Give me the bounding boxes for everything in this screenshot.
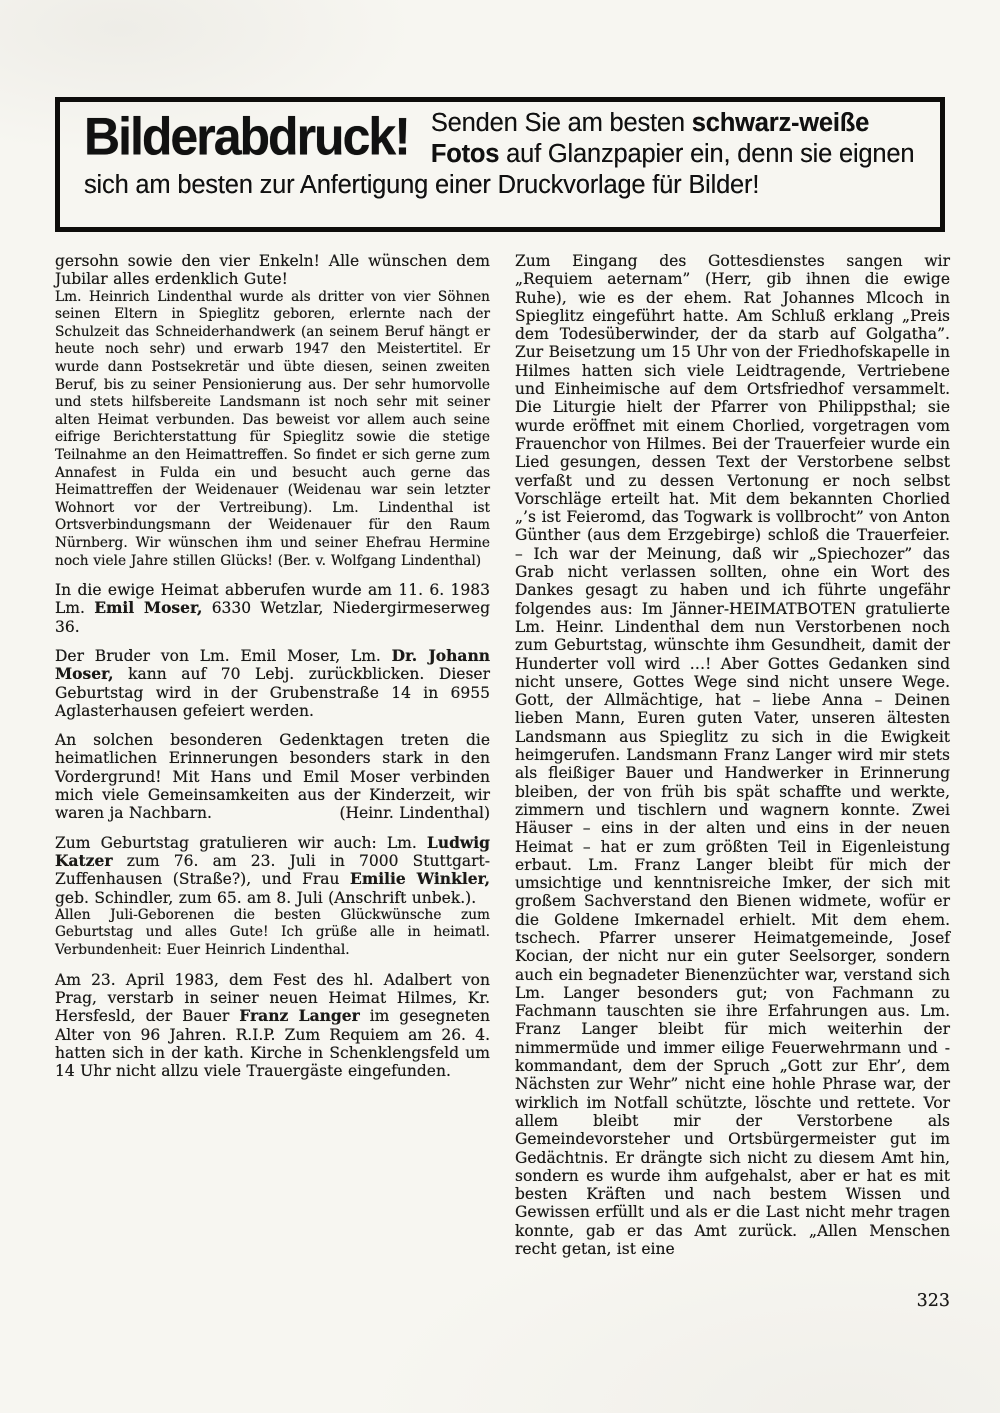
page-number: 323 bbox=[917, 1291, 950, 1311]
text-run: Lm. Heinrich Lindenthal wurde als dritte… bbox=[55, 289, 490, 569]
paragraph: Am 23. April 1983, dem Fest des hl. Adal… bbox=[55, 971, 490, 1081]
paragraph: Der Bruder von Lm. Emil Moser, Lm. Dr. J… bbox=[55, 647, 490, 720]
paragraph: An solchen besonderen Gedenktagen treten… bbox=[55, 731, 490, 822]
paragraph: Lm. Heinrich Lindenthal wurde als dritte… bbox=[55, 289, 490, 571]
photo-reprint-ad-box: Bilderabdruck! Senden Sie am besten schw… bbox=[55, 97, 945, 232]
text-run: geb. Schindler, zum 65. am 8. Juli (Ansc… bbox=[55, 889, 476, 907]
text-run: Zum Eingang des Gottesdienstes sangen wi… bbox=[515, 252, 950, 1258]
ad-title: Bilderabdruck! bbox=[84, 108, 409, 165]
text-run: Senden Sie am besten bbox=[431, 109, 692, 137]
paragraph: Zum Eingang des Gottesdienstes sangen wi… bbox=[515, 252, 950, 1258]
text-run: kann auf 70 Lebj. zurückblicken. Dieser … bbox=[55, 665, 490, 720]
bold-text-run: Emil Moser, bbox=[94, 598, 202, 617]
scanned-newsletter-page: { "page": { "number": "323", "background… bbox=[0, 0, 1000, 1413]
text-run: Allen Juli-Geborenen die besten Glückwün… bbox=[55, 907, 490, 958]
bold-text-run: Emilie Winkler, bbox=[350, 869, 490, 888]
two-column-text-area: gersohn sowie den vier Enkeln! Alle wüns… bbox=[55, 252, 950, 1258]
paragraph: gersohn sowie den vier Enkeln! Alle wüns… bbox=[55, 252, 490, 289]
attribution: (Heinr. Lindenthal) bbox=[339, 804, 490, 822]
text-run: Der Bruder von Lm. Emil Moser, Lm. bbox=[55, 647, 392, 665]
right-column: Zum Eingang des Gottesdienstes sangen wi… bbox=[515, 252, 950, 1258]
paragraph: Allen Juli-Geborenen die besten Glückwün… bbox=[55, 907, 490, 960]
text-run: gersohn sowie den vier Enkeln! Alle wüns… bbox=[55, 252, 490, 288]
paragraph: Zum Geburtstag gratulieren wir auch: Lm.… bbox=[55, 834, 490, 907]
bold-text-run: Franz Langer bbox=[239, 1006, 360, 1025]
text-run: Zum Geburtstag gratulieren wir auch: Lm. bbox=[55, 834, 427, 852]
left-column: gersohn sowie den vier Enkeln! Alle wüns… bbox=[55, 252, 490, 1258]
paragraph: In die ewige Heimat abberufen wurde am 1… bbox=[55, 581, 490, 636]
